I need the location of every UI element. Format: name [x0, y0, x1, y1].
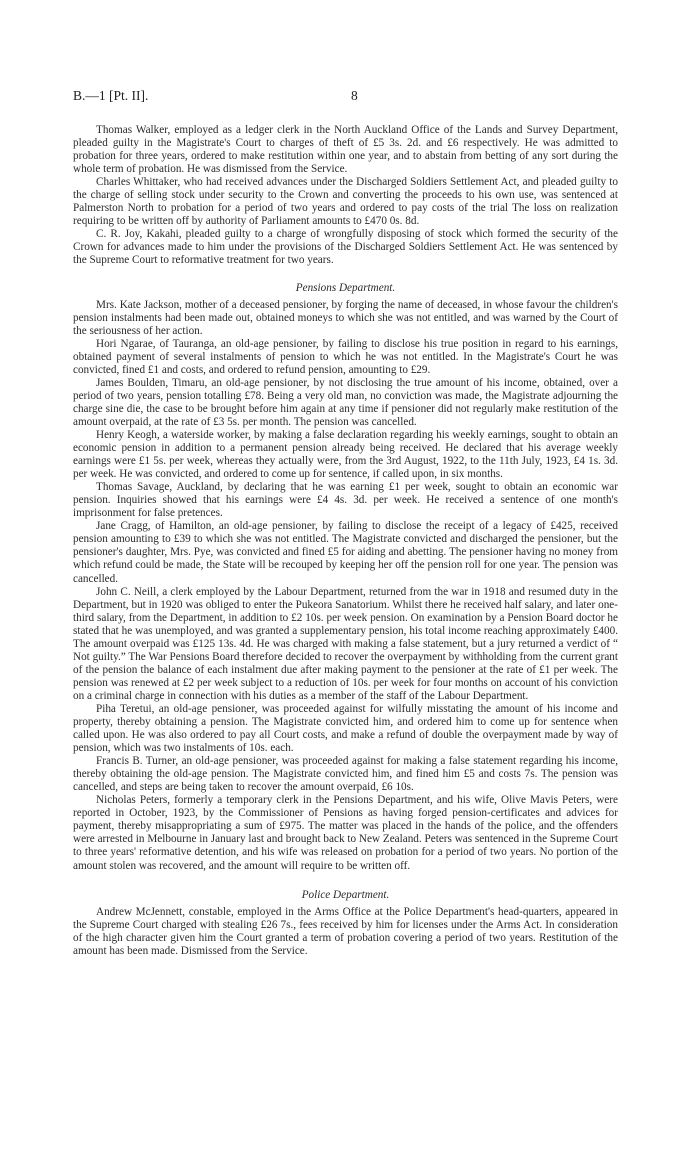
paragraph-nicholas-peters: Nicholas Peters, formerly a temporary cl…: [73, 794, 618, 872]
page-number: 8: [351, 88, 358, 104]
document-page: B.—1 [Pt. II]. 8 Thomas Walker, employed…: [73, 88, 618, 958]
paragraph-andrew-mcjennett: Andrew McJennett, constable, employed in…: [73, 906, 618, 958]
paragraph-hori-ngarae: Hori Ngarae, of Tauranga, an old-age pen…: [73, 338, 618, 377]
section-heading-police: Police Department.: [73, 889, 618, 902]
paragraph-jane-cragg: Jane Cragg, of Hamilton, an old-age pens…: [73, 520, 618, 585]
paragraph-c-r-joy: C. R. Joy, Kakahi, pleaded guilty to a c…: [73, 228, 618, 267]
paragraph-james-boulden: James Boulden, Timaru, an old-age pensio…: [73, 377, 618, 429]
paragraph-charles-whittaker: Charles Whittaker, who had received adva…: [73, 176, 618, 228]
paragraph-francis-turner: Francis B. Turner, an old-age pensioner,…: [73, 755, 618, 794]
document-body: Thomas Walker, employed as a ledger cler…: [73, 124, 618, 958]
document-code: B.—1 [Pt. II].: [73, 88, 148, 104]
paragraph-kate-jackson: Mrs. Kate Jackson, mother of a deceased …: [73, 299, 618, 338]
section-heading-pensions: Pensions Department.: [73, 282, 618, 295]
paragraph-henry-keogh: Henry Keogh, a waterside worker, by maki…: [73, 429, 618, 481]
paragraph-thomas-walker: Thomas Walker, employed as a ledger cler…: [73, 124, 618, 176]
paragraph-john-neill: John C. Neill, a clerk employed by the L…: [73, 586, 618, 703]
paragraph-piha-teretui: Piha Teretui, an old-age pensioner, was …: [73, 703, 618, 755]
page-header: B.—1 [Pt. II]. 8: [73, 88, 618, 110]
paragraph-thomas-savage: Thomas Savage, Auckland, by declaring th…: [73, 481, 618, 520]
